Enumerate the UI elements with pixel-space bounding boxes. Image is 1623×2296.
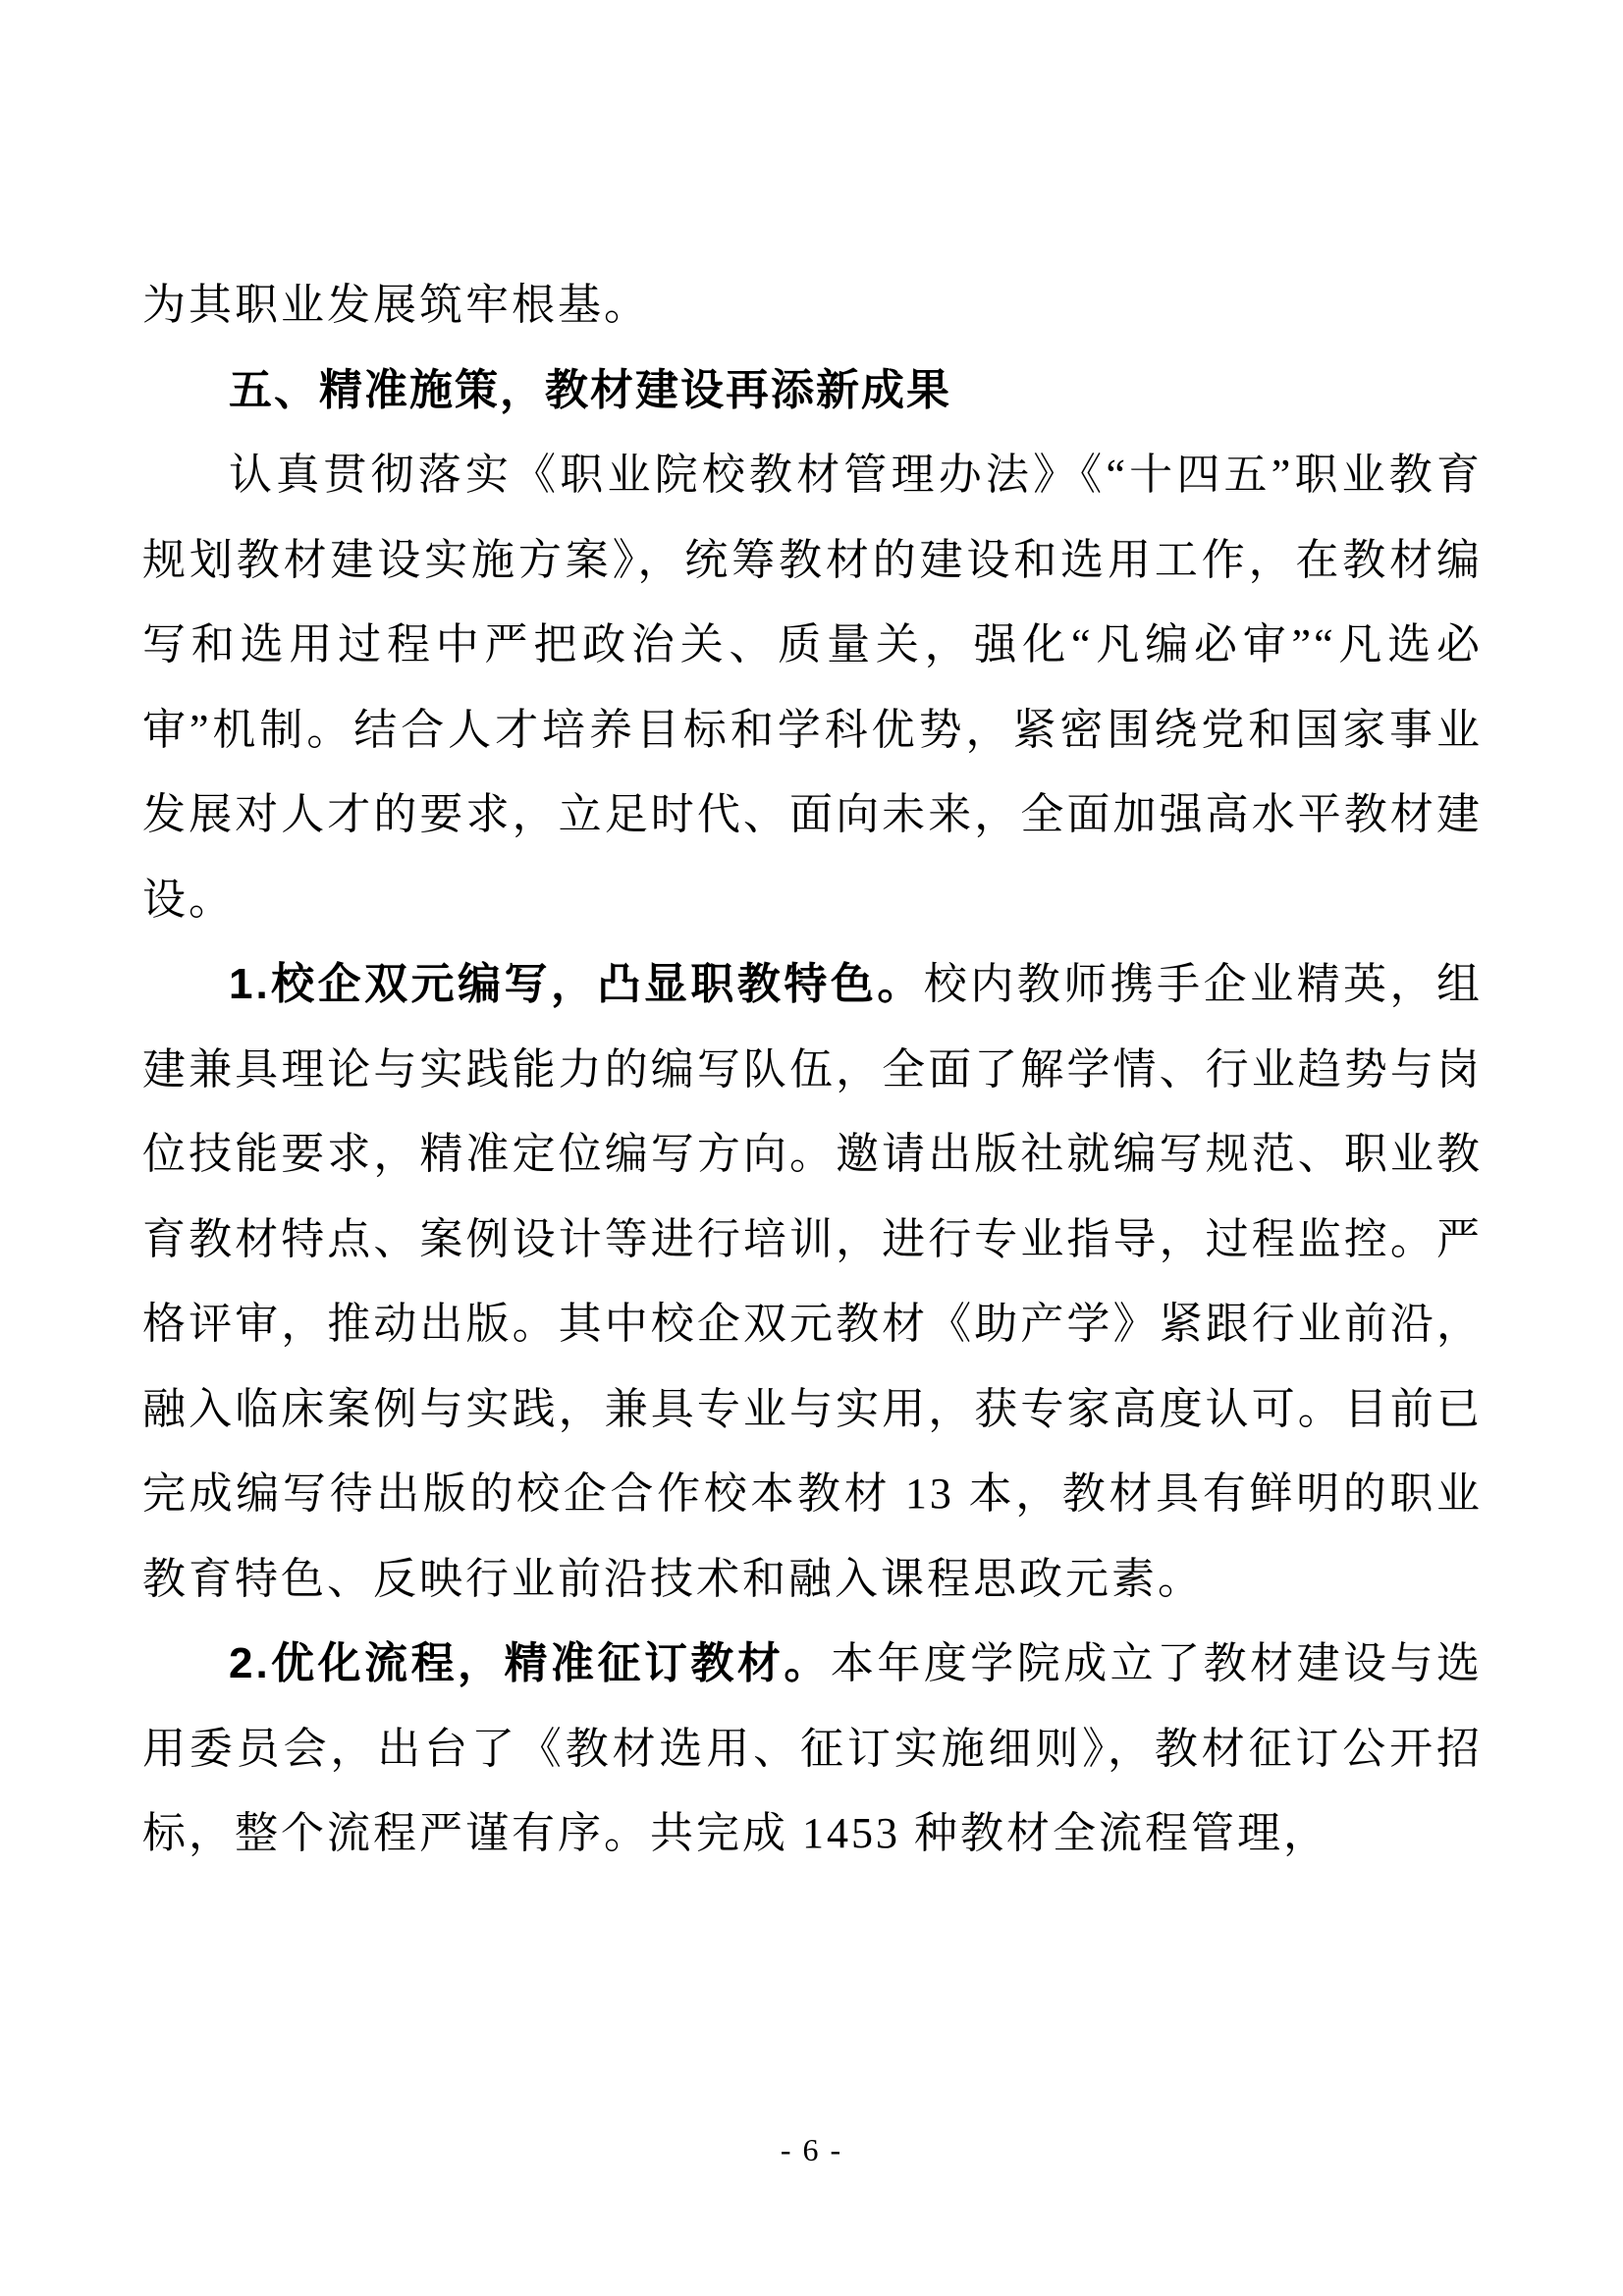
document-body: 为其职业发展筑牢根基。 五、精准施策，教材建设再添新成果 认真贯彻落实《职业院校… xyxy=(142,263,1483,1877)
continuation-paragraph: 为其职业发展筑牢根基。 xyxy=(142,263,1483,348)
item1-lead: 1.校企双元编写，凸显职教特色。 xyxy=(229,960,924,1008)
item2-paragraph: 2.优化流程，精准征订教材。本年度学院成立了教材建设与选用委员会，出台了《教材选… xyxy=(142,1622,1483,1877)
page-number: - 6 - xyxy=(0,2132,1623,2168)
intro-paragraph: 认真贯彻落实《职业院校教材管理办法》《“十四五”职业教育规划教材建设实施方案》，… xyxy=(142,433,1483,942)
document-page: 为其职业发展筑牢根基。 五、精准施策，教材建设再添新成果 认真贯彻落实《职业院校… xyxy=(0,0,1623,2296)
item1-paragraph: 1.校企双元编写，凸显职教特色。校内教师携手企业精英，组建兼具理论与实践能力的编… xyxy=(142,942,1483,1622)
item2-lead: 2.优化流程，精准征订教材。 xyxy=(229,1639,831,1687)
section-heading: 五、精准施策，教材建设再添新成果 xyxy=(142,348,1483,434)
item1-body-text: 校内教师携手企业精英，组建兼具理论与实践能力的编写队伍，全面了解学情、行业趋势与… xyxy=(142,960,1483,1603)
